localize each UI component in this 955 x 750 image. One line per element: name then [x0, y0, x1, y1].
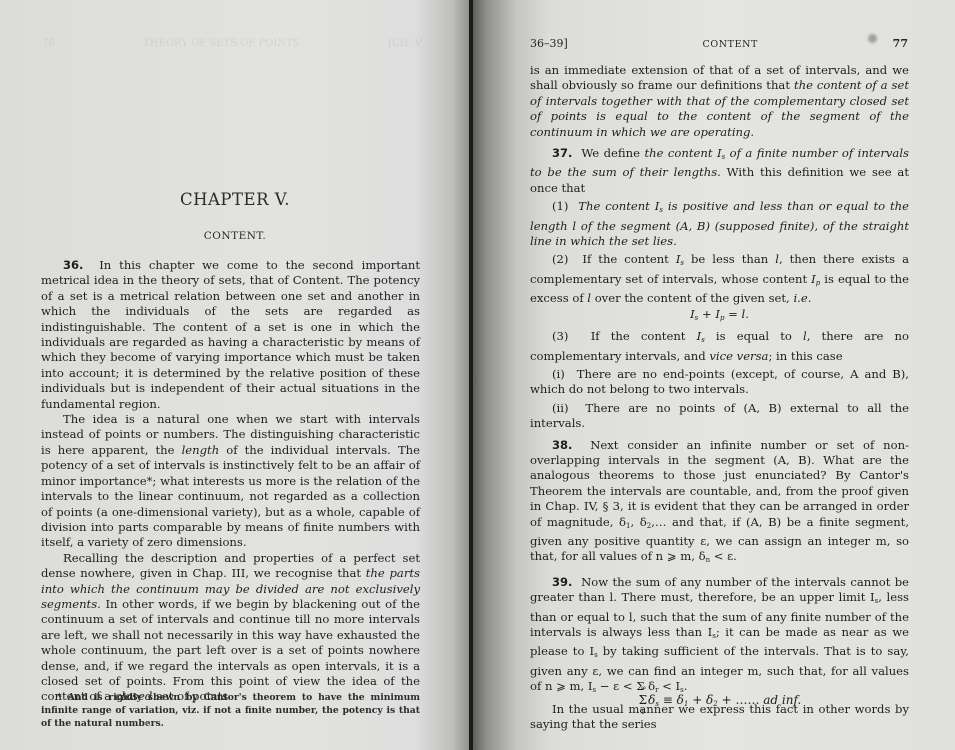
paragraph-39: 39. Now the sum of any number of the int… — [530, 575, 909, 699]
bleed-through-header: 78THEORY OF SETS OF POINTS[CH. V — [42, 38, 422, 49]
running-head: 36–39] CONTENT 77 — [530, 37, 908, 50]
page-speck: * — [144, 721, 148, 730]
book-gutter — [469, 0, 473, 750]
section-number-39: 39. — [552, 575, 572, 589]
item-37-2: (2) If the content Is be less than l, th… — [530, 252, 909, 306]
paragraph-36-1: 36. In this chapter we come to the secon… — [41, 258, 420, 412]
book-spread: 78THEORY OF SETS OF POINTS[CH. V CHAPTER… — [0, 0, 955, 750]
item-37-3-i: (i) There are no end-points (except, of … — [530, 367, 909, 398]
running-head-title: CONTENT — [702, 39, 758, 50]
paragraph-37: 37. We define the content Is of a finite… — [530, 146, 909, 196]
item-37-3: (3) If the content Is is equal to l, the… — [530, 329, 909, 364]
running-head-sections: 36–39] — [530, 37, 568, 50]
footnote: * And is rigidly shewn by Cantor's theor… — [41, 691, 420, 730]
formula-is-plus-ip: Is + Ip = l. — [530, 307, 909, 326]
paragraph-36-2: The idea is a natural one when we start … — [41, 412, 420, 551]
right-page-body: is an immediate extension of that of a s… — [530, 63, 909, 732]
section-number-37: 37. — [552, 146, 572, 160]
item-37-1: (1) The content Is is positive and less … — [530, 199, 909, 249]
paragraph-36-3: Recalling the description and properties… — [41, 551, 420, 705]
page-number: 77 — [893, 37, 908, 50]
continuation-paragraph: is an immediate extension of that of a s… — [530, 63, 909, 140]
section-number-36: 36. — [63, 258, 83, 272]
paragraph-38: 38. Next consider an infinite number or … — [530, 438, 909, 569]
left-page: 78THEORY OF SETS OF POINTS[CH. V CHAPTER… — [0, 0, 472, 750]
item-37-3-ii: (ii) There are no points of (A, B) exter… — [530, 401, 909, 432]
chapter-title: CHAPTER V. — [0, 190, 470, 209]
left-page-body: 36. In this chapter we come to the secon… — [41, 258, 420, 705]
series-formula: Σ∞1δs ≡ δ1 + δ2 + …… ad inf. — [530, 693, 909, 708]
sigma-symbol: Σ∞1 — [639, 693, 647, 707]
chapter-subtitle: CONTENT. — [0, 230, 470, 242]
section-number-38: 38. — [552, 438, 572, 452]
